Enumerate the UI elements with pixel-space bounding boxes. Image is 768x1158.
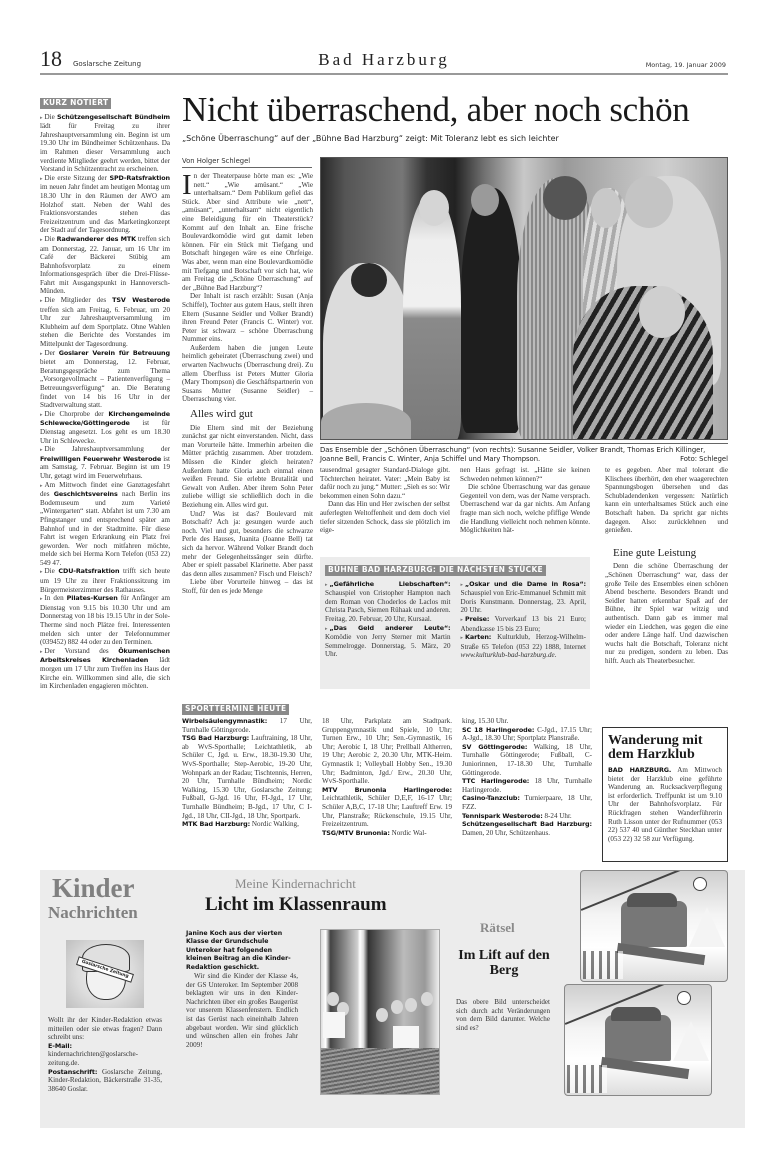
sport-item: SC 18 Harlingerode: C-Jgd., 17.15 Uhr; A… <box>462 726 592 743</box>
text-run: Schauspiel von Eric-Emmanuel Schmitt mit… <box>461 589 587 614</box>
kids-contact-info: Wollt ihr der Kinder-Redaktion etwas mit… <box>48 1016 162 1093</box>
bold-run: TTC Harlingerode: <box>462 777 529 785</box>
cartoon-panel-bottom <box>564 984 712 1096</box>
article-byline: Von Holger Schlegel <box>182 157 312 168</box>
bullet-arrow-icon: ▸ <box>40 569 43 575</box>
paragraph: nen Haus gefragt ist. „Hätte sie keinen … <box>460 466 590 483</box>
classroom-window-photo <box>320 929 440 1095</box>
bold-run: SC 18 Harlingerode: <box>462 726 534 734</box>
puzzle-text: Das obere Bild unterscheidet sich durch … <box>456 998 550 1032</box>
notice-item: ▸In den Pilates-Kursen für Anfänger am D… <box>40 594 170 647</box>
text-run: Die <box>45 113 58 121</box>
bullet-arrow-icon: ▸ <box>40 596 43 602</box>
notice-item: ▸Die Chorprobe der Kirchengemeinde Schle… <box>40 410 170 445</box>
text-run: Die Jahreshauptversammlung der <box>45 445 170 453</box>
bullet-arrow-icon: ▸ <box>40 298 43 304</box>
bold-run: SPD-Ratsfraktion <box>109 174 170 182</box>
ensemble-photo <box>320 157 728 440</box>
kids-contact-intro: Wollt ihr der Kinder-Redaktion etwas mit… <box>48 1016 162 1042</box>
text-run: Die erste Sitzung der <box>45 174 110 182</box>
paragraph: Die Eltern sind mit der Beziehung zunäch… <box>182 424 313 510</box>
bold-run: SV Göttingerode: <box>462 743 527 751</box>
bullet-arrow-icon: ▸ <box>40 483 43 489</box>
bold-run: Geschichtsvereins <box>54 490 118 498</box>
sport-item: Tennispark Westerode: 8-24 Uhr. <box>462 812 592 821</box>
article-column-3: nen Haus gefragt ist. „Hätte sie keinen … <box>460 466 590 535</box>
email-label: E-Mail: <box>48 1042 72 1050</box>
sporttermine-section: SPORTTERMINE HEUTE Wirbelsäulengymnastik… <box>182 704 728 717</box>
sport-item: TTC Harlingerode: 18 Uhr, Turnhalle Harl… <box>462 777 592 794</box>
paragraph: Die schöne Überraschung war das genaue G… <box>460 483 590 535</box>
article-subhead-alles-wird-gut: Alles wird gut <box>190 410 313 419</box>
buehne-item: ▸„Oskar und die Dame in Rosa“: Schauspie… <box>461 580 587 615</box>
buehne-item: ▸Karten: Kulturklub, Herzog-Wilhelm-Stra… <box>461 633 587 660</box>
text-run: Damen, 20 Uhr, Schützenhaus. <box>462 829 550 837</box>
article-subhead-eine-gute-leistung: Eine gute Leistung <box>613 549 728 558</box>
sport-item: Casino-Tanzclub: Turnierpaare, 18 Uhr, F… <box>462 794 592 811</box>
wanderung-box: Wanderung mit dem Harzklub BAD HARZBURG.… <box>602 727 728 862</box>
paragraph: te es gegeben. Aber mal tolerant die Kli… <box>605 466 728 535</box>
text-run: king, 15.30 Uhr. <box>462 717 508 725</box>
bold-run: „Gefährliche Liebschaften“: <box>330 580 451 588</box>
kids-mascot-logo: Goslarsche Zeitung <box>66 940 144 1008</box>
kids-article: Janine Koch aus der vierten Klasse der G… <box>186 930 298 1049</box>
notice-item: ▸Die CDU-Ratsfraktion trifft sich heute … <box>40 567 170 594</box>
article-paragraphs: te es gegeben. Aber mal tolerant die Kli… <box>605 466 728 535</box>
kurz-notiert-list: ▸Die Schützengesellschaft Bündheim lädt … <box>40 113 170 691</box>
notice-item: ▸Der Vorstand des Ökumenischen Arbeitskr… <box>40 647 170 691</box>
bold-run: Schützengesellschaft Bad Harzburg: <box>462 820 592 828</box>
bullet-arrow-icon: ▸ <box>461 617 464 623</box>
article-column-2: tausendmal gesagter Standard-Dialoge gib… <box>320 466 450 535</box>
paragraph: Dann das Hin und Her zwischen der selbst… <box>320 500 450 534</box>
kurz-notiert-label: KURZ NOTIERT <box>40 98 111 109</box>
text-run: Die Mitglieder des <box>45 296 113 304</box>
text-run: Der <box>45 349 59 357</box>
paragraph: Der Inhalt ist rasch erzählt: Susan (Anj… <box>182 292 313 344</box>
puzzle-title: Im Lift auf den Berg <box>454 948 554 978</box>
bold-run: TSG/MTV Brunonia: <box>322 829 390 837</box>
sport-item: SV Göttingerode: Walking, 18 Uhr, Turnha… <box>462 743 592 777</box>
kids-title-kinder: Kinder <box>52 874 135 902</box>
bold-run: TSG Bad Harzburg: <box>182 734 249 742</box>
link-text: www.kulturklub-bad-harzburg.de <box>461 651 555 659</box>
article-paragraphs: Die Eltern sind mit der Beziehung zunäch… <box>182 424 313 596</box>
buehne-right-column: ▸„Oskar und die Dame in Rosa“: Schauspie… <box>461 580 587 660</box>
bullet-arrow-icon: ▸ <box>40 447 43 453</box>
bold-run: MTV Brunonia Harlingerode: <box>322 786 452 794</box>
article-paragraphs: In der Theaterpause hörte man es: „Wie n… <box>182 172 313 404</box>
sport-item: MTK Bad Harzburg: Nordic Walking, <box>182 820 312 829</box>
notice-item: ▸Die Schützengesellschaft Bündheim lädt … <box>40 113 170 174</box>
bold-run: Preise: <box>465 615 489 623</box>
text-run: Lauftraining, 18 Uhr, ab WvS-Sporthalle;… <box>182 734 312 819</box>
text-run: im neuen Jahr findet am heutigen Montag … <box>40 183 170 234</box>
notice-item: ▸Die erste Sitzung der SPD-Ratsfraktion … <box>40 174 170 235</box>
text-run: Schauspiel von Cristopher Hampton nach d… <box>325 589 451 623</box>
buehne-label: BÜHNE BAD HARZBURG: DIE NÄCHSTEN STÜCKE <box>325 565 546 576</box>
article-subheadline: „Schöne Überraschung“ auf der „Bühne Bad… <box>182 134 559 143</box>
bullet-arrow-icon: ▸ <box>40 412 43 418</box>
text-run: Die <box>45 235 57 243</box>
wanderung-title: Wanderung mit dem Harzklub <box>608 734 722 762</box>
bold-run: Freiwilligen Feuerwehr Westerode <box>40 455 161 463</box>
drop-cap: I <box>182 173 192 197</box>
bullet-arrow-icon: ▸ <box>40 176 43 182</box>
wanderung-text: Am Mittwoch bietet der Harzklub eine gef… <box>608 766 722 843</box>
bold-run: Karten: <box>465 633 491 641</box>
notice-item: ▸Am Mittwoch findet eine Ganztagesfahrt … <box>40 481 170 568</box>
sport-column-3: king, 15.30 Uhr.SC 18 Harlingerode: C-Jg… <box>462 717 592 837</box>
sport-column-1: Wirbelsäulengymnastik: 17 Uhr, Turnhalle… <box>182 717 312 837</box>
bullet-arrow-icon: ▸ <box>461 635 464 641</box>
text-run: Komödie von Jerry Sterner mit Martin Sem… <box>325 633 451 658</box>
bullet-arrow-icon: ▸ <box>40 237 43 243</box>
bold-run: MTK Bad Harzburg: <box>182 820 250 828</box>
sport-item: 18 Uhr, Parkplatz am Stadtpark. Gruppeng… <box>322 717 452 786</box>
bold-run: Schützengesellschaft Bündheim <box>57 113 170 121</box>
notice-item: ▸Die Radwanderer des MTK treffen sich am… <box>40 235 170 296</box>
text-run: lädt für Freitag zu ihrer Jahreshauptver… <box>40 122 170 173</box>
post-label: Postanschrift: <box>48 1068 97 1076</box>
sporttermine-label: SPORTTERMINE HEUTE <box>182 704 289 715</box>
text-run: nach Berlin ins Bodemuseum und zum Varie… <box>40 490 170 567</box>
sport-item: Wirbelsäulengymnastik: 17 Uhr, Turnhalle… <box>182 717 312 734</box>
kids-kicker: Meine Kindernachricht <box>235 876 356 892</box>
buehne-item: ▸„Das Geld anderer Leute“: Komödie von J… <box>325 624 451 659</box>
bullet-arrow-icon: ▸ <box>40 115 43 121</box>
notice-item: ▸Der Goslarer Verein für Betreuung biete… <box>40 349 170 410</box>
cartoon-panel-top <box>580 870 728 982</box>
bold-run: Wirbelsäulengymnastik: <box>182 717 267 725</box>
email-value: kindernachrichten@goslarsche-zeitung.de. <box>48 1050 138 1067</box>
text-run: Leichtathletik, Schüler D,E,F, 16-17 Uhr… <box>322 794 452 828</box>
bold-run: Tennispark Westerode: <box>462 812 543 820</box>
kinder-nachrichten-section: Kinder Nachrichten Goslarsche Zeitung Wo… <box>40 870 745 1128</box>
paragraph: Liebe über Vorurteile hinweg – das ist S… <box>182 578 313 595</box>
sport-item: MTV Brunonia Harlingerode: Leichtathleti… <box>322 786 452 829</box>
kids-title-nachrichten: Nachrichten <box>48 903 138 923</box>
bold-run: Pilates-Kursen <box>67 594 118 602</box>
text-run: Nordic Wal- <box>390 829 427 837</box>
text-run: Der Vorstand des <box>45 647 119 655</box>
paragraph: tausendmal gesagter Standard-Dialoge gib… <box>320 466 450 500</box>
puzzle-kicker: Rätsel <box>480 920 515 936</box>
bullet-arrow-icon: ▸ <box>461 582 464 588</box>
article-headline: Nicht überraschend, aber noch schön <box>182 90 690 130</box>
article-column-1: In der Theaterpause hörte man es: „Wie n… <box>182 172 313 596</box>
bold-run: „Das Geld anderer Leute“: <box>330 624 451 632</box>
text-run: treffen sich am Donnerstag, 22. Januar, … <box>40 235 170 296</box>
paragraph: Denn die schöne Überraschung der „Schöne… <box>605 562 728 665</box>
text-run: 8-24 Uhr. <box>543 812 572 820</box>
text-run: Nordic Walking, <box>250 820 299 828</box>
text-run: treffen sich am Freitag, 6. Februar, um … <box>40 306 170 348</box>
sport-item: king, 15.30 Uhr. <box>462 717 592 726</box>
bullet-arrow-icon: ▸ <box>40 649 43 655</box>
paragraph: Außerdem haben die jungen Leute heimlich… <box>182 344 313 404</box>
text-run: . <box>555 651 557 659</box>
text-run: In den <box>45 594 67 602</box>
kids-headline: Licht im Klassenraum <box>205 894 387 916</box>
sport-item: TSG Bad Harzburg: Lauftraining, 18 Uhr, … <box>182 734 312 820</box>
sport-item: Schützengesellschaft Bad Harzburg: Damen… <box>462 820 592 837</box>
bold-run: Casino-Tanzclub: <box>462 794 520 802</box>
bullet-arrow-icon: ▸ <box>325 626 328 632</box>
bold-run: CDU-Ratsfraktion <box>58 567 119 575</box>
sport-column-2: 18 Uhr, Parkplatz am Stadtpark. Gruppeng… <box>322 717 452 837</box>
buehne-left-column: ▸„Gefährliche Liebschaften“: Schauspiel … <box>325 580 451 660</box>
buehne-item: ▸„Gefährliche Liebschaften“: Schauspiel … <box>325 580 451 624</box>
paragraph: Und? Was ist das? Boulevard mit Botschaf… <box>182 510 313 579</box>
kids-article-lead: Janine Koch aus der vierten Klasse der G… <box>186 930 298 972</box>
bold-run: „Oskar und die Dame in Rosa“: <box>465 580 586 588</box>
paragraph: In der Theaterpause hörte man es: „Wie n… <box>182 172 313 292</box>
article-column-4: te es gegeben. Aber mal tolerant die Kli… <box>605 466 728 665</box>
text-run: Die <box>45 567 59 575</box>
header-rule <box>40 73 728 75</box>
bold-run: Goslarer Verein für Betreuung <box>59 349 170 357</box>
text-run: 18 Uhr, Parkplatz am Stadtpark. Gruppeng… <box>322 717 452 785</box>
text-run: bietet am Donnerstag, 12. Februar, Berat… <box>40 358 170 409</box>
buehne-infobox: BÜHNE BAD HARZBURG: DIE NÄCHSTEN STÜCKE … <box>320 557 590 689</box>
kurz-notiert-column: KURZ NOTIERT ▸Die Schützengesellschaft B… <box>40 98 170 691</box>
notice-item: ▸Die Jahreshauptversammlung der Freiwill… <box>40 445 170 480</box>
article-paragraphs: Denn die schöne Überraschung der „Schöne… <box>605 562 728 665</box>
sport-item: TSG/MTV Brunonia: Nordic Wal- <box>322 829 452 838</box>
buehne-item: ▸Preise: Vorverkauf 13 bis 21 Euro; Aben… <box>461 615 587 633</box>
photo-caption-text: Das Ensemble der „Schönen Überraschung“ … <box>320 446 705 463</box>
text-run: Die Chorprobe der <box>45 410 109 418</box>
spot-the-difference-cartoon <box>558 870 733 1128</box>
kids-article-body: Wir sind die Kinder der Klasse 4s, der G… <box>186 972 298 1049</box>
wanderung-dateline: BAD HARZBURG. <box>608 766 671 774</box>
bold-run: TSV Westerode <box>112 296 170 304</box>
bullet-arrow-icon: ▸ <box>325 582 328 588</box>
bullet-arrow-icon: ▸ <box>40 351 43 357</box>
bold-run: Radwanderer des MTK <box>57 235 136 243</box>
photo-credit: Foto: Schlegel <box>680 455 728 464</box>
photo-caption: Das Ensemble der „Schönen Überraschung“ … <box>320 443 728 463</box>
issue-date: Montag, 19. Januar 2009 <box>646 61 726 69</box>
notice-item: ▸Die Mitglieder des TSV Westerode treffe… <box>40 296 170 349</box>
